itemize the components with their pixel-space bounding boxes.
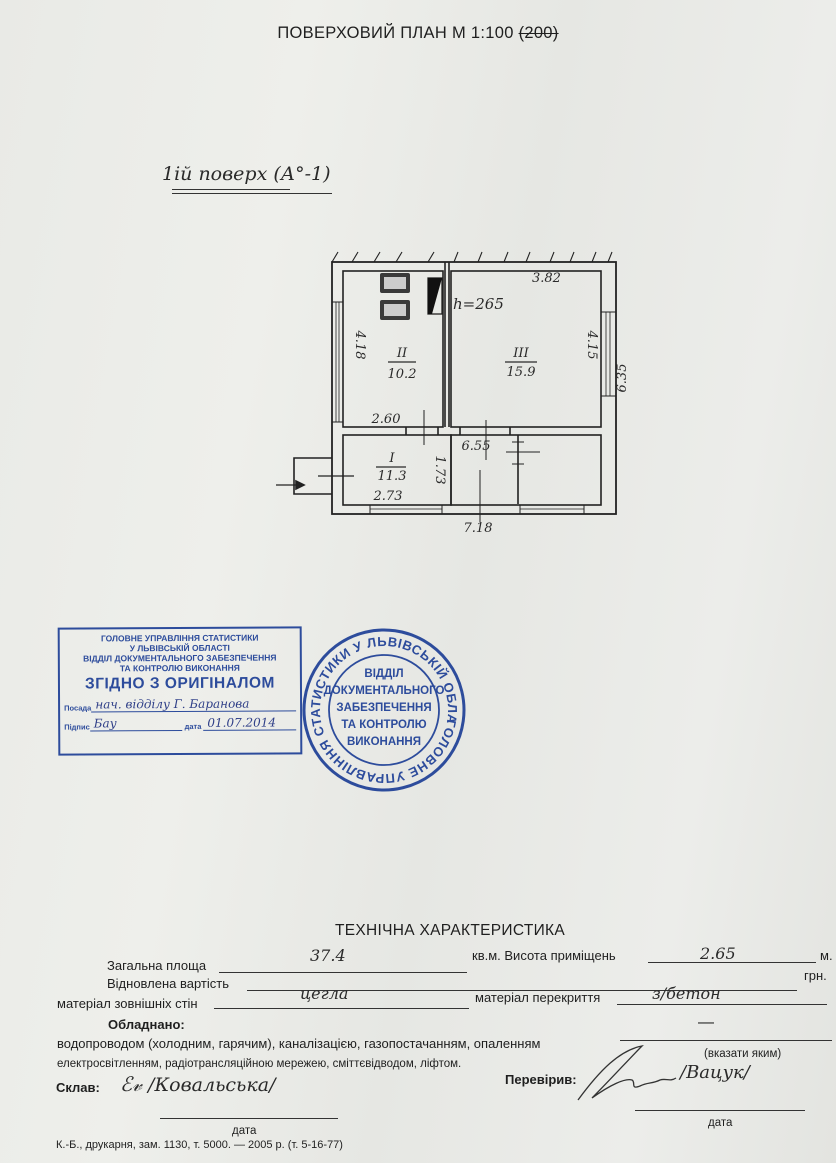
checked-by-label: Перевірив: xyxy=(505,1072,577,1087)
stamp-date-label: дата xyxy=(185,722,202,731)
underline xyxy=(172,193,332,194)
svg-text:3.82: 3.82 xyxy=(532,271,561,286)
svg-text:7.18: 7.18 xyxy=(464,521,493,536)
svg-text:h=265: h=265 xyxy=(453,295,504,313)
walls-value: цегла xyxy=(300,984,348,1003)
chimney-icon xyxy=(428,278,442,314)
svg-text:ТА КОНТРОЛЮ: ТА КОНТРОЛЮ xyxy=(341,719,426,731)
walls-line xyxy=(214,1008,469,1009)
area-unit: кв.м. xyxy=(472,948,501,963)
ceiling-value: з/бетон xyxy=(652,984,721,1003)
cost-label: Відновлена вартість xyxy=(107,976,229,991)
compiled-by-value: /Ковальська/ xyxy=(148,1074,275,1096)
checked-date-line xyxy=(635,1110,805,1111)
ceiling-label: матеріал перекриття xyxy=(475,990,600,1005)
utilities-line1: водопроводом (холодним, гарячим), каналі… xyxy=(57,1036,540,1051)
svg-text:ВИКОНАННЯ: ВИКОНАННЯ xyxy=(347,736,421,748)
height-label: Висота приміщень xyxy=(504,948,615,963)
wall-hatching xyxy=(332,252,612,262)
stamp-position-value: нач. відділу Г. Баранова xyxy=(95,697,249,712)
ceiling-line xyxy=(617,1004,827,1005)
stamp-dept-line: ТА КОНТРОЛЮ ВИКОНАННЯ xyxy=(64,662,296,673)
checked-by-value: /Вацук/ xyxy=(680,1062,750,1083)
printer-info: К.-Б., друкарня, зам. 1130, т. 5000. — 2… xyxy=(56,1139,343,1151)
stamp-signature-value: Бау xyxy=(94,716,117,730)
total-area-label: Загальна площа xyxy=(107,958,206,973)
utilities-value: — xyxy=(698,1014,714,1032)
svg-text:4.15: 4.15 xyxy=(584,330,599,360)
compiled-by-label: Склав: xyxy=(56,1080,100,1095)
svg-text:III: III xyxy=(512,346,529,361)
floor-plan-drawing: h=265 3.82 II 10.2 III 15.9 2.60 4.18 4.… xyxy=(270,240,650,540)
compiled-date-line xyxy=(160,1118,338,1119)
walls-label: матеріал зовнішніх стін xyxy=(57,996,198,1011)
svg-text:2.60: 2.60 xyxy=(371,412,401,427)
svg-text:15.9: 15.9 xyxy=(507,365,536,380)
cost-unit: грн. xyxy=(804,968,827,983)
stamp-signature-row: Підпис Бау дата 01.07.2014 xyxy=(64,715,296,731)
svg-text:4.18: 4.18 xyxy=(352,330,367,360)
svg-text:11.3: 11.3 xyxy=(378,469,407,484)
svg-text:2.73: 2.73 xyxy=(373,489,403,504)
stamp-date-value: 01.07.2014 xyxy=(207,715,276,729)
svg-text:II: II xyxy=(396,346,408,361)
floor-label-text: 1ій поверх (А°-1) xyxy=(162,163,331,185)
title-text: ПОВЕРХОВИЙ ПЛАН М 1:100 xyxy=(277,24,513,42)
underline xyxy=(172,189,290,190)
svg-text:I: I xyxy=(388,451,395,466)
floor-label: 1ій поверх (А°-1) xyxy=(162,163,331,185)
svg-text:ЗАБЕЗПЕЧЕННЯ: ЗАБЕЗПЕЧЕННЯ xyxy=(336,702,431,714)
svg-text:6.55: 6.55 xyxy=(462,439,491,454)
round-seal-stamp: ГОЛОВНЕ УПРАВЛІННЯ СТАТИСТИКИ У ЛЬВІВСЬК… xyxy=(300,625,468,795)
title-struck-scale: (200) xyxy=(519,24,559,42)
stove-icon xyxy=(380,273,410,320)
total-area-line xyxy=(219,972,467,973)
svg-text:10.2: 10.2 xyxy=(388,367,417,382)
specify-hint: (вказати яким) xyxy=(704,1048,781,1060)
svg-text:6.35: 6.35 xyxy=(615,364,630,393)
tech-section-title: ТЕХНІЧНА ХАРАКТЕРИСТИКА xyxy=(0,922,836,940)
checked-date-caption: дата xyxy=(708,1117,732,1129)
svg-text:ВІДДІЛ: ВІДДІЛ xyxy=(364,668,403,680)
utilities-line2: електросвітленням, радіотрансляційною ме… xyxy=(57,1058,461,1070)
stamp-dept-line: ВІДДІЛ ДОКУМЕНТАЛЬНОГО ЗАБЕЗПЕЧЕННЯ xyxy=(64,652,296,663)
page-title: ПОВЕРХОВИЙ ПЛАН М 1:100 (200) xyxy=(0,24,836,43)
equipped-label: Обладнано: xyxy=(108,1017,185,1032)
checked-by-signature-scribble xyxy=(570,1040,680,1110)
compiled-date-caption: дата xyxy=(232,1125,256,1137)
height-value: 2.65 xyxy=(700,944,736,963)
stamp-signature-label: Підпис xyxy=(64,722,90,731)
stamp-position-row: Посада нач. відділу Г. Баранова xyxy=(64,696,296,712)
svg-text:ДОКУМЕНТАЛЬНОГО: ДОКУМЕНТАЛЬНОГО xyxy=(324,685,445,697)
stamp-position-label: Посада xyxy=(64,703,91,712)
svg-text:1.73: 1.73 xyxy=(432,456,447,485)
total-area-value: 37.4 xyxy=(310,946,346,965)
compiled-by-signature: ℰ𝓋 /Ковальська/ xyxy=(120,1072,275,1096)
certified-copy-stamp: ГОЛОВНЕ УПРАВЛІННЯ СТАТИСТИКИ У ЛЬВІВСЬК… xyxy=(58,626,303,755)
stamp-headline: ЗГІДНО З ОРИГІНАЛОМ xyxy=(64,674,296,693)
height-label-group: кв.м. Висота приміщень xyxy=(472,948,616,963)
height-unit: м. xyxy=(820,948,833,963)
